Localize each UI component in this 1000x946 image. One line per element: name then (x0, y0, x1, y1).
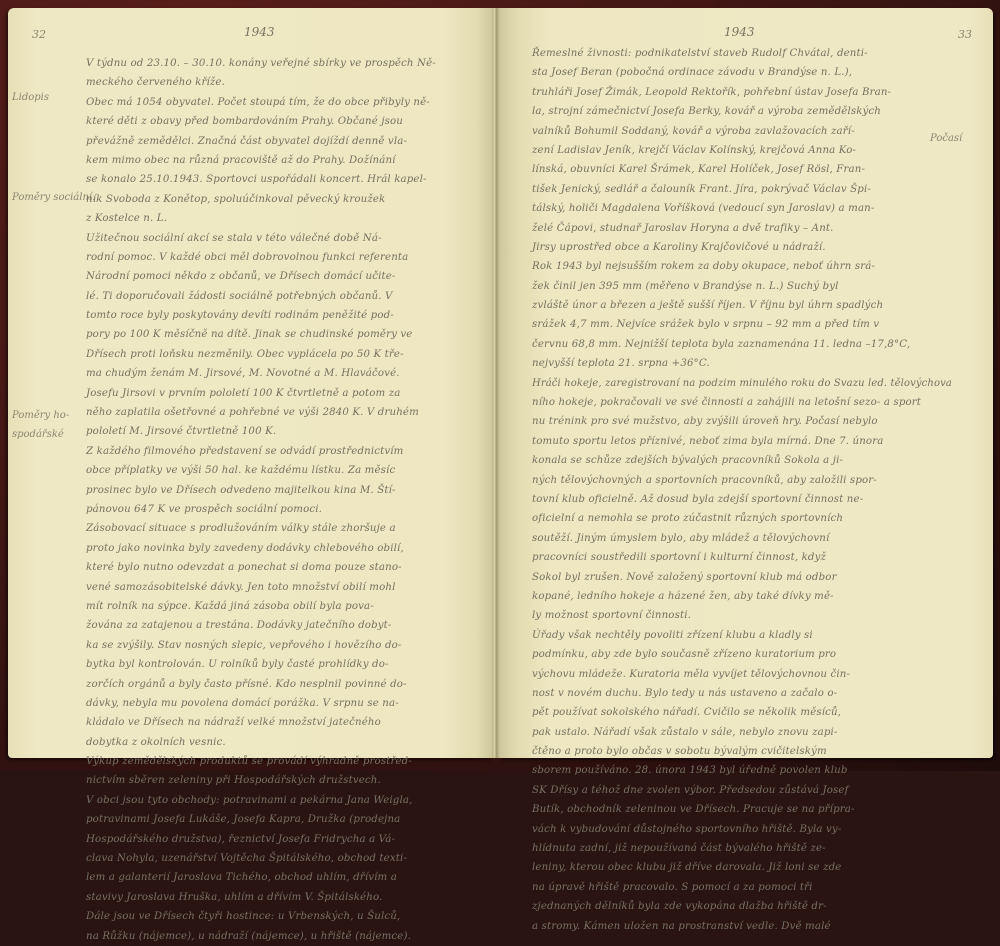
handwritten-line: tálský, holiči Magdalena Voříšková (vedo… (532, 199, 952, 218)
margin-note: Poměry sociální. (12, 188, 95, 207)
handwritten-line: kopané, ledního hokeje a házené žen, aby… (532, 587, 952, 606)
handwritten-line: bytka byl kontrolován. U rolníků byly ča… (86, 655, 486, 674)
handwritten-line: nu trénink pro své mužstvo, aby zvýšili … (532, 412, 952, 431)
handwritten-line: valníků Bohumil Soddaný, kovář a výroba … (532, 122, 952, 141)
handwritten-line: srážek 4,7 mm. Nejvíce srážek bylo v srp… (532, 315, 952, 334)
handwritten-line: tomuto sportu letos příznivé, neboť zima… (532, 432, 952, 451)
chronicle-text: V týdnu od 23.10. – 30.10. konány veřejn… (86, 54, 486, 771)
handwritten-line: žována za zatajenou a trestána. Dodávky … (86, 616, 486, 635)
handwritten-line: Užitečnou sociální akcí se stala v této … (86, 229, 486, 248)
margin-note: Lidopis (12, 88, 49, 107)
handwritten-line: konala se schůze zdejších bývalých praco… (532, 451, 952, 470)
handwritten-line: tovní klub oficielně. Až dosud byla zdej… (532, 490, 952, 509)
handwritten-line: želé Čápovi, studnař Jaroslav Horyna a d… (532, 219, 952, 238)
year-header: 1943 (724, 25, 755, 39)
handwritten-line: sta Josef Beran (pobočná ordinace závodu… (532, 63, 952, 82)
handwritten-line: Hráči hokeje, zaregistrovaní na podzim m… (532, 374, 942, 393)
handwritten-line: dobytka z okolních vesnic. (86, 733, 486, 752)
handwritten-line: Dřísech proti loňsku nezměnily. Obec vyp… (86, 345, 486, 364)
handwritten-line: dávky, nebyla mu povolena domácí porážka… (86, 694, 486, 713)
handwritten-line: lé. Ti doporučovali žádosti sociálně pot… (86, 287, 486, 306)
handwritten-line: ma chudým ženám M. Jirsové, M. Novotné a… (86, 364, 486, 383)
handwritten-line: ního hokeje, pokračovali ve své činnosti… (532, 393, 952, 412)
handwritten-line: čtěno a proto bylo občas v sobotu bývalý… (532, 742, 952, 761)
handwritten-line: Řemeslné živnosti: podnikatelství staveb… (532, 44, 952, 63)
handwritten-line: červnu 68,8 mm. Nejnižší teplota byla za… (532, 335, 952, 354)
handwritten-line: Sokol byl zrušen. Nově založený sportovn… (532, 568, 952, 587)
handwritten-line: oficielní a nemohla se proto zúčastnit r… (532, 509, 952, 528)
handwritten-line: zvláště únor a březen a ještě sušší říje… (532, 296, 952, 315)
handwritten-line: Zásobovací situace s prodlužováním války… (86, 519, 486, 538)
handwritten-line: nost v novém duchu. Bylo tedy u nás usta… (532, 684, 952, 703)
handwritten-line: prosinec bylo ve Dřísech odvedeno majite… (86, 481, 486, 500)
handwritten-line: Rok 1943 byl nejsušším rokem za doby oku… (532, 257, 952, 276)
handwritten-line: kládalo ve Dřísech na nádraží velké množ… (86, 713, 486, 732)
handwritten-line: zorčích orgánů a byly často přísné. Kdo … (86, 675, 486, 694)
page-number: 33 (958, 28, 972, 41)
handwritten-line: pět používat sokolského nářadí. Cvičilo … (532, 703, 952, 722)
handwritten-line: meckého červeného kříže. (86, 73, 486, 92)
page-number: 32 (32, 28, 46, 41)
handwritten-line: la, strojní zámečnictví Josefa Berky, ko… (532, 102, 952, 121)
handwritten-line: Z každého filmového představení se odvád… (86, 442, 486, 461)
handwritten-line: výchovu mládeže. Kuratoria měla vyvíjet … (532, 665, 952, 684)
handwritten-line: truhláři Josef Žimák, Leopold Rektořík, … (532, 83, 952, 102)
handwritten-line: Jirsy uprostřed obce a Karoliny Krajčovi… (532, 238, 952, 257)
handwritten-line: obce příplatky ve výši 50 hal. ke každém… (86, 461, 486, 480)
handwritten-line: pánovou 647 K ve prospěch sociální pomoc… (86, 500, 486, 519)
handwritten-line: Josefu Jirsovi v prvním pololetí 100 K č… (86, 384, 486, 403)
handwritten-line: Obec má 1054 obyvatel. Počet stoupá tím,… (86, 93, 486, 112)
handwritten-line: které děti z obavy před bombardováním Pr… (86, 112, 486, 131)
year-header: 1943 (244, 25, 275, 39)
handwritten-line: které bylo nutno odevzdat a ponechat si … (86, 558, 486, 577)
left-page: 32 1943 LidopisPoměry sociální.Poměry ho… (8, 8, 492, 758)
handwritten-line: sborem používáno. 28. února 1943 byl úře… (532, 761, 952, 771)
handwritten-line: nejvyšší teplota 21. srpna +36°C. (532, 354, 952, 373)
handwritten-line: V týdnu od 23.10. – 30.10. konány veřejn… (86, 54, 486, 73)
handwritten-line: mít rolník na sýpce. Každá jiná zásoba o… (86, 597, 486, 616)
handwritten-line: ka se zvýšily. Stav nosných slepic, vepř… (86, 636, 486, 655)
book-binding (492, 8, 500, 758)
handwritten-line: se konalo 25.10.1943. Sportovci uspořáda… (86, 170, 486, 189)
handwritten-line: vené samozásobitelské dávky. Jen toto mn… (86, 578, 486, 597)
right-page: 1943 33 Počasí Řemeslné živnosti: podnik… (500, 8, 993, 758)
margin-note: Poměry ho- (12, 406, 69, 425)
handwritten-line: tišek Jenický, sedlář a čalouník Frant. … (532, 180, 952, 199)
handwritten-line: tomto roce byly poskytovány devíti rodin… (86, 306, 486, 325)
handwritten-line: pak ustalo. Nářadí však zůstalo v sále, … (532, 723, 952, 742)
handwritten-line: pololetí M. Jirsové čtvrtletně 100 K. (86, 422, 486, 441)
handwritten-line: ných tělovýchovných a sportovních pracov… (532, 471, 952, 490)
margin-note: spodářské (12, 425, 64, 444)
handwritten-line: línská, obuvníci Karel Šrámek, Karel Hol… (532, 160, 952, 179)
handwritten-line: Národní pomoci někdo z občanů, ve Dřísec… (86, 267, 486, 286)
handwritten-line: rodní pomoc. V každé obci měl dobrovolno… (86, 248, 486, 267)
handwritten-line: ník Svoboda z Konětop, spoluúčinkoval pě… (86, 190, 486, 209)
handwritten-line: žek činil jen 395 mm (měřeno v Brandýse … (532, 277, 952, 296)
handwritten-line: podmínku, aby zde bylo současně zřízeno … (532, 645, 952, 664)
handwritten-line: převážně zemědělci. Značná část obyvatel… (86, 132, 486, 151)
handwritten-line: zení Ladislav Jeník, krejčí Václav Kolín… (532, 141, 952, 160)
ledger-book: 32 1943 LidopisPoměry sociální.Poměry ho… (0, 0, 1000, 771)
handwritten-line: z Kostelce n. L. (86, 209, 486, 228)
handwritten-line: Úřady však nechtěly povoliti zřízení klu… (532, 626, 952, 645)
handwritten-line: něho zaplatila ošetřovné a pohřebné ve v… (86, 403, 486, 422)
handwritten-line: ly možnost sportovní činnosti. (532, 606, 952, 625)
handwritten-line: kem mimo obec na různá pracoviště až do … (86, 151, 486, 170)
handwritten-line: pory po 100 K měsíčně na dítě. Jinak se … (86, 325, 486, 344)
handwritten-line: pracovníci soustředili sportovní i kultu… (532, 548, 952, 567)
chronicle-text: Řemeslné živnosti: podnikatelství staveb… (532, 44, 952, 771)
handwritten-line: soutěží. Jiným úmyslem bylo, aby mládež … (532, 529, 952, 548)
handwritten-line: proto jako novinka byly zavedeny dodávky… (86, 539, 486, 558)
handwritten-line: Výkup zemědělských produktů se provádí v… (86, 752, 486, 771)
